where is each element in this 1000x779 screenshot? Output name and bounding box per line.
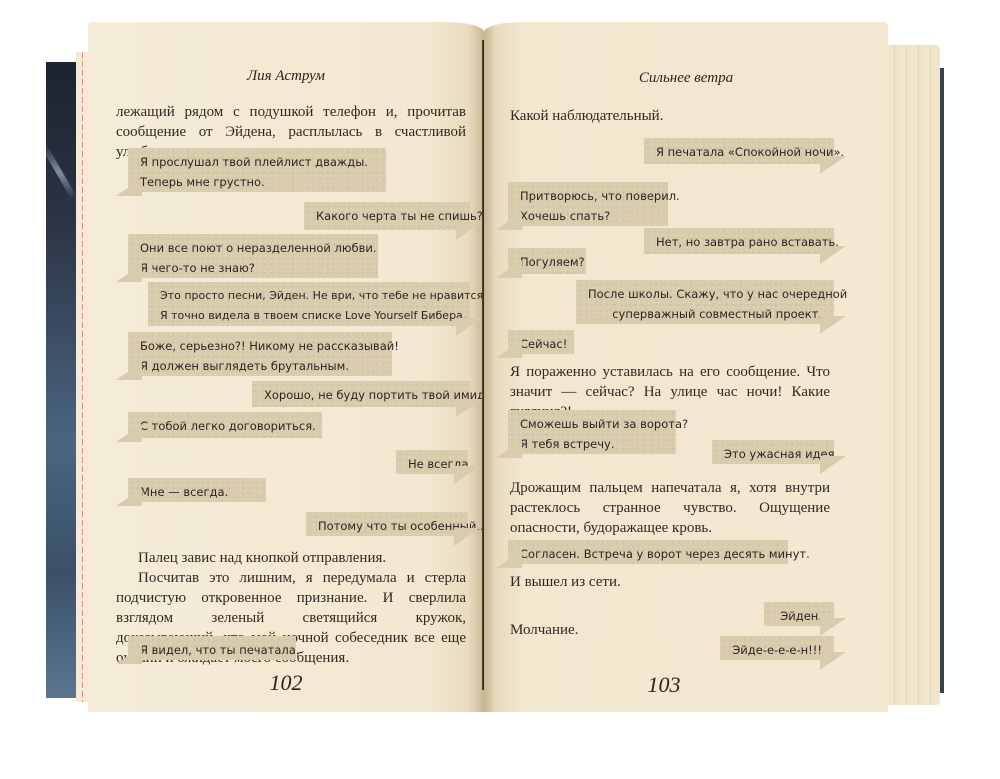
right-page: Сильнее ветра Какой наблюдательный. Я пе… <box>484 22 888 712</box>
message-incoming: Погуляем? <box>508 248 586 274</box>
message-outgoing: Я печатала «Спокойной ночи». <box>644 138 834 164</box>
message-outgoing: Эйде-е-е-е-н!!! <box>720 636 834 660</box>
message-outgoing: Это просто песни, Эйден. Не ври, что теб… <box>148 282 470 326</box>
left-page: Лия Аструм лежащий рядом с подушкой теле… <box>88 22 484 712</box>
message-incoming: Согласен. Встреча у ворот через десять м… <box>508 540 788 564</box>
message-outgoing: Потому что ты особенный... <box>306 512 468 536</box>
message-outgoing: После школы. Скажу, что у нас очередной … <box>576 280 834 324</box>
book-cover-left <box>46 62 76 698</box>
message-outgoing: Это ужасная идея. <box>712 440 834 464</box>
page-edges-right <box>888 45 940 705</box>
message-incoming: Они все поют о неразделенной любви. Я че… <box>128 234 378 278</box>
message-incoming: Мне — всегда. <box>128 478 266 502</box>
page-number-right: 103 <box>484 672 844 698</box>
running-head-author: Лия Аструм <box>88 68 484 85</box>
message-incoming: Сможешь выйти за ворота? Я тебя встречу. <box>508 410 676 454</box>
message-outgoing: Какого черта ты не спишь??? <box>304 202 470 230</box>
message-incoming: Боже, серьезно?! Никому не рассказывай! … <box>128 332 392 376</box>
message-incoming: Я прослушал твой плейлист дважды. Теперь… <box>128 148 386 192</box>
page-number-left: 102 <box>88 670 484 696</box>
bookmark-ribbon <box>82 52 83 702</box>
message-incoming: Я видел, что ты печатала. <box>128 636 296 660</box>
running-head-title: Сильнее ветра <box>484 70 888 87</box>
message-incoming: Притворюсь, что поверил. Хочешь спать? <box>508 182 668 226</box>
paragraph: Какой наблюдательный. <box>510 106 850 126</box>
message-outgoing: Хорошо, не буду портить твой имидж. <box>252 381 470 407</box>
message-outgoing: Не всегда. <box>396 450 468 474</box>
message-outgoing: Нет, но завтра рано вставать. <box>644 228 834 254</box>
book-cover-right <box>940 68 944 693</box>
paragraph: Дрожащим пальцем напечатала я, хотя внут… <box>510 478 830 538</box>
message-incoming: С тобой легко договориться. <box>128 412 322 438</box>
message-incoming: Сейчас! <box>508 330 574 354</box>
paragraph: И вышел из сети. <box>510 572 830 592</box>
